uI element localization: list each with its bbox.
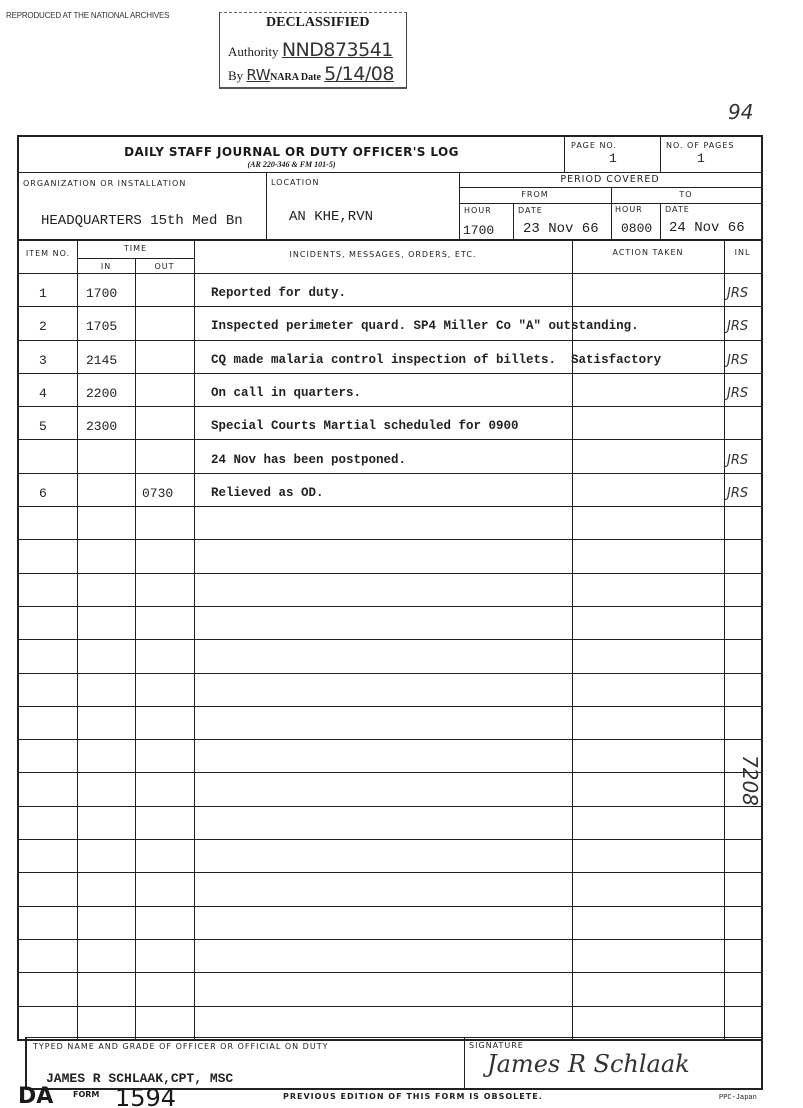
no-of-pages-label: NO. OF PAGES — [666, 141, 734, 150]
location-value: AN KHE,RVN — [289, 209, 373, 225]
cell-initials: JRS — [727, 353, 748, 368]
cell-time-in: 2200 — [86, 386, 117, 401]
table-row — [19, 773, 761, 806]
stamp-by-value: RW — [246, 66, 270, 84]
page-no-value: 1 — [609, 151, 617, 166]
form-subtitle: (AR 220-346 & FM 101-5) — [19, 160, 564, 169]
cell-incident: Special Courts Martial scheduled for 090… — [211, 419, 519, 433]
table-row: 42200On call in quarters.JRS — [19, 373, 761, 406]
cell-incident: Inspected perimeter quard. SP4 Miller Co… — [211, 319, 639, 333]
archive-note: REPRODUCED AT THE NATIONAL ARCHIVES — [6, 11, 169, 20]
location-label: LOCATION — [271, 178, 319, 187]
to-label: TO — [611, 190, 761, 199]
table-row — [19, 539, 761, 572]
table-row — [19, 806, 761, 839]
table-row: 11700Reported for duty.JRS — [19, 273, 761, 306]
from-hour-value: 1700 — [463, 223, 494, 238]
table-row — [19, 606, 761, 639]
stamp-title: DECLASSIFIED — [266, 15, 369, 31]
cell-initials: JRS — [727, 386, 748, 401]
log-table: ITEM NO. TIME IN OUT INCIDENTS, MESSAGES… — [19, 239, 761, 1039]
cell-time-in: 1705 — [86, 319, 117, 334]
table-row — [19, 872, 761, 905]
cell-initials: JRS — [727, 319, 748, 334]
header-in: IN — [77, 262, 135, 271]
cell-item-no: 6 — [39, 486, 47, 501]
cell-time-in: 1700 — [86, 286, 117, 301]
form-prefix: DA — [18, 1084, 53, 1108]
table-row: 52300Special Courts Martial scheduled fo… — [19, 406, 761, 439]
table-row — [19, 1006, 761, 1039]
table-row: 32145CQ made malaria control inspection … — [19, 340, 761, 373]
table-row: 60730Relieved as OD.JRS — [19, 473, 761, 506]
table-row — [19, 739, 761, 772]
table-row — [19, 573, 761, 606]
to-date-label: DATE — [665, 205, 690, 214]
table-row: 21705Inspected perimeter quard. SP4 Mill… — [19, 306, 761, 339]
form-word: FORM — [73, 1090, 99, 1099]
period-covered-label: PERIOD COVERED — [459, 174, 761, 185]
header-action: ACTION TAKEN — [572, 248, 724, 257]
from-date-label: DATE — [518, 206, 543, 215]
footer-box: TYPED NAME AND GRADE OF OFFICER OR OFFIC… — [25, 1037, 763, 1090]
header-inl: INL — [724, 248, 761, 257]
table-row — [19, 673, 761, 706]
header-out: OUT — [135, 262, 194, 271]
cell-incident: Relieved as OD. — [211, 486, 324, 500]
signature-label: SIGNATURE — [469, 1041, 524, 1050]
signature: James R Schlaak — [487, 1050, 690, 1078]
officer-label: TYPED NAME AND GRADE OF OFFICER OR OFFIC… — [33, 1042, 328, 1051]
cell-time-in: 2145 — [86, 353, 117, 368]
cell-time-out: 0730 — [142, 486, 173, 501]
cell-item-no: 4 — [39, 386, 47, 401]
stamp-date-value: 5/14/08 — [324, 63, 394, 85]
to-hour-value: 0800 — [621, 221, 652, 236]
cell-incident: Reported for duty. — [211, 286, 346, 300]
table-row — [19, 506, 761, 539]
cell-incident: 24 Nov has been postponed. — [211, 453, 406, 467]
cell-item-no: 5 — [39, 419, 47, 434]
cell-item-no: 1 — [39, 286, 47, 301]
table-row — [19, 639, 761, 672]
cell-initials: JRS — [727, 286, 748, 301]
table-row: 24 Nov has been postponed.JRS — [19, 440, 761, 473]
stamp-authority-value: NND873541 — [282, 39, 393, 61]
header-time: TIME — [77, 244, 194, 253]
obsolete-note: PREVIOUS EDITION OF THIS FORM IS OBSOLET… — [283, 1092, 543, 1101]
table-row — [19, 706, 761, 739]
form-title: DAILY STAFF JOURNAL OR DUTY OFFICER'S LO… — [19, 145, 564, 159]
from-hour-label: HOUR — [464, 206, 492, 215]
cell-time-in: 2300 — [86, 419, 117, 434]
no-of-pages-value: 1 — [697, 151, 705, 166]
cell-incident: On call in quarters. — [211, 386, 361, 400]
printer-mark: PPC-Japan — [719, 1094, 757, 1102]
table-row — [19, 972, 761, 1005]
table-row — [19, 839, 761, 872]
stamp-by: By RWNARA Date 5/14/08 — [228, 63, 394, 85]
to-date-value: 24 Nov 66 — [669, 220, 745, 236]
org-value: HEADQUARTERS 15th Med Bn — [41, 213, 243, 229]
log-rows: 11700Reported for duty.JRS21705Inspected… — [19, 273, 761, 1039]
header-incidents: INCIDENTS, MESSAGES, ORDERS, ETC. — [194, 250, 572, 259]
from-label: FROM — [459, 190, 611, 199]
cell-item-no: 3 — [39, 353, 47, 368]
table-row — [19, 939, 761, 972]
org-label: ORGANIZATION OR INSTALLATION — [23, 179, 186, 188]
table-row — [19, 906, 761, 939]
form-number: 1594 — [115, 1084, 176, 1108]
page-no-label: PAGE NO. — [571, 141, 617, 150]
to-hour-label: HOUR — [615, 205, 643, 214]
cell-initials: JRS — [727, 486, 748, 501]
cell-item-no: 2 — [39, 319, 47, 334]
corner-mark: 94 — [728, 100, 753, 124]
stamp-authority: Authority NND873541 — [228, 39, 393, 61]
cell-initials: JRS — [727, 453, 748, 468]
header-item-no: ITEM NO. — [19, 248, 77, 259]
declassified-stamp: DECLASSIFIED Authority NND873541 By RWNA… — [219, 12, 407, 89]
duty-officer-log-form: DAILY STAFF JOURNAL OR DUTY OFFICER'S LO… — [17, 135, 763, 1041]
from-date-value: 23 Nov 66 — [523, 221, 599, 237]
cell-incident: CQ made malaria control inspection of bi… — [211, 353, 661, 367]
